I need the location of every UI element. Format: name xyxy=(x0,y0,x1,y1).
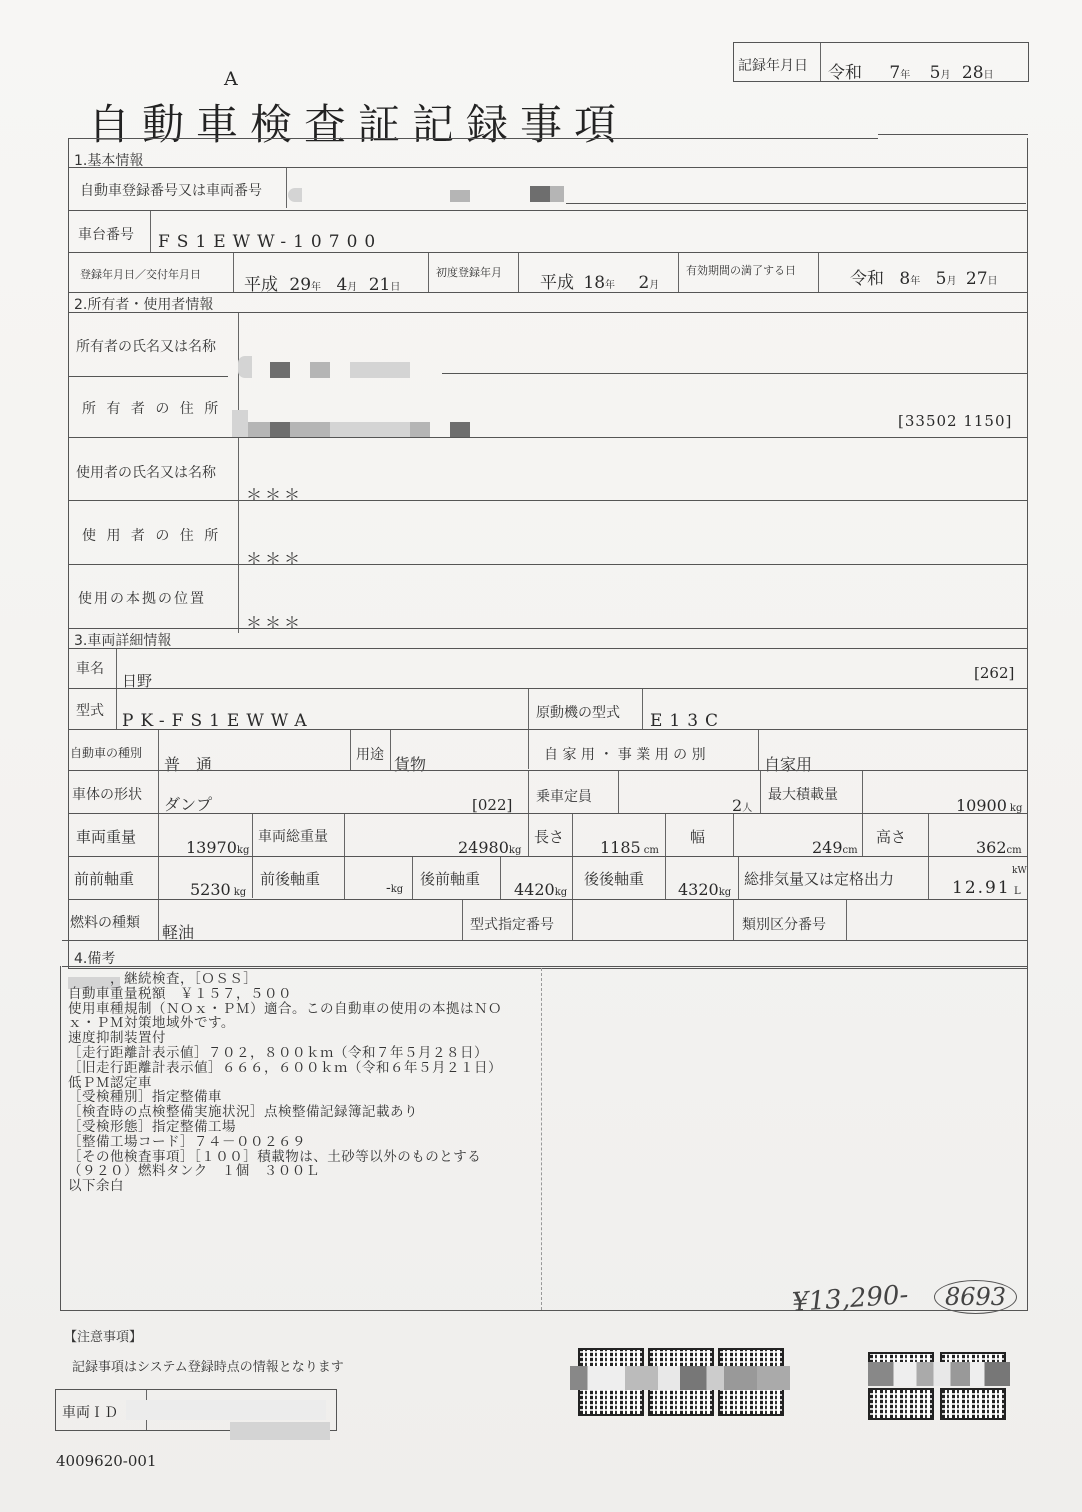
width-label: 幅 xyxy=(690,826,705,847)
section3-heading: 3.車両詳細情報 xyxy=(74,630,171,650)
remarks-line: ［走行距離計表示値］７０２，８００ｋｍ（令和７年５月２８日） xyxy=(68,1048,538,1063)
displacement-value: 12.91 xyxy=(952,878,1011,898)
remarks-line: 速度抑制装置付 xyxy=(68,1033,538,1048)
redacted-qr-strip xyxy=(570,1366,790,1390)
weight-value: 13970kg xyxy=(186,838,249,857)
body-shape-value: ダンプ xyxy=(164,792,212,815)
remarks-line: ｘ・ＰＭ対策地域外です。 xyxy=(68,1018,538,1033)
gross-weight-label: 車両総重量 xyxy=(258,826,328,846)
owner-address-label: 所 有 者 の 住 所 xyxy=(82,398,221,418)
notice-heading: 【注意事項】 xyxy=(64,1326,142,1345)
fr-axle-value: -kg xyxy=(386,880,403,896)
purpose-label: 用途 xyxy=(356,744,384,764)
vehicle-class-label: 自動車の種別 xyxy=(70,744,142,761)
redacted-vehicle-id xyxy=(126,1400,326,1420)
expiry-date: 令和 8年 5月 27日 xyxy=(850,264,998,289)
qr-code-icon xyxy=(940,1388,1006,1420)
fr-axle-label: 前後軸重 xyxy=(260,868,320,889)
notice-text: 記録事項はシステム登録時点の情報となります xyxy=(72,1356,344,1375)
redacted-reg-number xyxy=(288,188,302,202)
qr-code-icon xyxy=(718,1348,784,1368)
handwritten-circled-number: 8693 xyxy=(934,1280,1017,1314)
first-reg-date: 平成 18年 2月 xyxy=(540,268,659,293)
remarks-line: （９２０）燃料タンク １個 ３００Ｌ xyxy=(68,1166,538,1181)
remarks-text: ，継続検査，［ＯＳＳ］自動車重量税額 ￥１５７，５００使用車種規制（ＮＯｘ・ＰＭ… xyxy=(68,974,538,1196)
reg-date-label: 登録年月日／交付年月日 xyxy=(80,266,201,282)
remarks-line: ［受検種別］指定整備車 xyxy=(68,1092,538,1107)
model-value: PK-FS1EWWA xyxy=(122,711,314,731)
owner-address-code: [33502 1150] xyxy=(898,412,1012,430)
record-date-label: 記録年月日 xyxy=(738,55,808,75)
expiry-label: 有効期間の満了する日 xyxy=(686,262,796,278)
inspection-certificate-record: A 自動車検査証記録事項 記録年月日 令和 7年 5月 28日 1.基本情報 自… xyxy=(0,0,1082,1512)
chassis-number: FS1EWW-10700 xyxy=(158,232,382,252)
displacement-label: 総排気量又は定格出力 xyxy=(744,868,894,889)
fuel-label: 燃料の種類 xyxy=(70,912,140,932)
displacement-unit-l: L xyxy=(1014,886,1021,897)
remarks-line: 以下余白 xyxy=(68,1181,538,1196)
remarks-line: ，継続検査，［ＯＳＳ］ xyxy=(68,974,538,989)
rf-axle-value: 4420kg xyxy=(514,880,567,899)
make-code: [262] xyxy=(974,664,1014,682)
first-reg-label: 初度登録年月 xyxy=(436,264,502,280)
user-name-value: ＊＊＊ xyxy=(246,482,303,505)
length-label: 長さ xyxy=(534,826,564,847)
remarks-line: ［旧走行距離計表示値］６６６，６００ｋｍ（令和６年５月２１日） xyxy=(68,1063,538,1078)
user-address-label: 使 用 者 の 住 所 xyxy=(82,525,221,545)
qr-code-icon xyxy=(648,1348,714,1368)
engine-value: E13C xyxy=(650,711,725,731)
remarks-line: 自動車重量税額 ￥１５７，５００ xyxy=(68,989,538,1004)
gross-weight-value: 24980kg xyxy=(458,838,521,857)
form-letter: A xyxy=(224,68,238,90)
weight-label: 車両重量 xyxy=(76,826,136,847)
chassis-label: 車台番号 xyxy=(78,224,134,244)
redacted-owner-name xyxy=(238,356,252,378)
body-shape-code: [022] xyxy=(472,796,512,814)
height-value: 362cm xyxy=(976,838,1022,857)
displacement-unit-kw: kW xyxy=(1012,866,1027,876)
length-value: 1185cm xyxy=(600,838,659,857)
redacted-owner-address xyxy=(232,410,248,438)
capacity-label: 乗車定員 xyxy=(536,786,592,806)
qr-code-icon xyxy=(718,1388,784,1416)
body-shape-label: 車体の形状 xyxy=(72,784,142,804)
rr-axle-label: 後後軸重 xyxy=(584,868,644,889)
rr-axle-value: 4320kg xyxy=(678,880,731,899)
type-designation-label: 型式指定番号 xyxy=(470,914,554,934)
remarks-line: ［整備工場コード］７４－００２６９ xyxy=(68,1137,538,1152)
engine-label: 原動機の型式 xyxy=(536,702,620,722)
qr-code-icon xyxy=(578,1348,644,1368)
height-label: 高さ xyxy=(876,826,906,847)
section4-heading: 4.備考 xyxy=(74,948,115,968)
qr-code-icon xyxy=(648,1388,714,1416)
reg-number-label: 自動車登録番号又は車両番号 xyxy=(80,180,262,200)
base-location-label: 使用の本拠の位置 xyxy=(78,588,206,608)
user-name-label: 使用者の氏名又は名称 xyxy=(76,462,216,482)
category-label: 類別区分番号 xyxy=(742,914,826,934)
section2-heading: 2.所有者・使用者情報 xyxy=(74,294,213,314)
width-value: 249cm xyxy=(812,838,858,857)
owner-name-label: 所有者の氏名又は名称 xyxy=(76,336,216,356)
private-business-value: 自家用 xyxy=(764,752,812,775)
qr-code-icon xyxy=(868,1388,934,1420)
redacted-qr-strip xyxy=(868,1362,1010,1386)
remarks-line: ［検査時の点検整備実施状況］点検整備記録簿記載あり xyxy=(68,1107,538,1122)
rf-axle-label: 後前軸重 xyxy=(420,868,480,889)
user-address-value: ＊＊＊ xyxy=(246,546,303,569)
ff-axle-label: 前前軸重 xyxy=(74,868,134,889)
make-label: 車名 xyxy=(76,658,104,678)
record-date: 令和 7年 5月 28日 xyxy=(828,58,994,83)
base-location-value: ＊＊＊ xyxy=(246,610,303,633)
vehicle-class-value: 普 通 xyxy=(164,752,212,775)
private-business-label: 自 家 用 ・ 事 業 用 の 別 xyxy=(544,744,706,764)
max-load-label: 最大積載量 xyxy=(768,784,838,804)
ff-axle-value: 5230kg xyxy=(190,880,246,899)
remarks-line: ［受検形態］指定整備工場 xyxy=(68,1122,538,1137)
document-number: 4009620-001 xyxy=(56,1452,157,1470)
qr-code-icon xyxy=(578,1388,644,1416)
vehicle-id-label: 車両ＩＤ xyxy=(62,1402,118,1422)
model-label: 型式 xyxy=(76,700,104,720)
purpose-value: 貨物 xyxy=(394,752,426,775)
